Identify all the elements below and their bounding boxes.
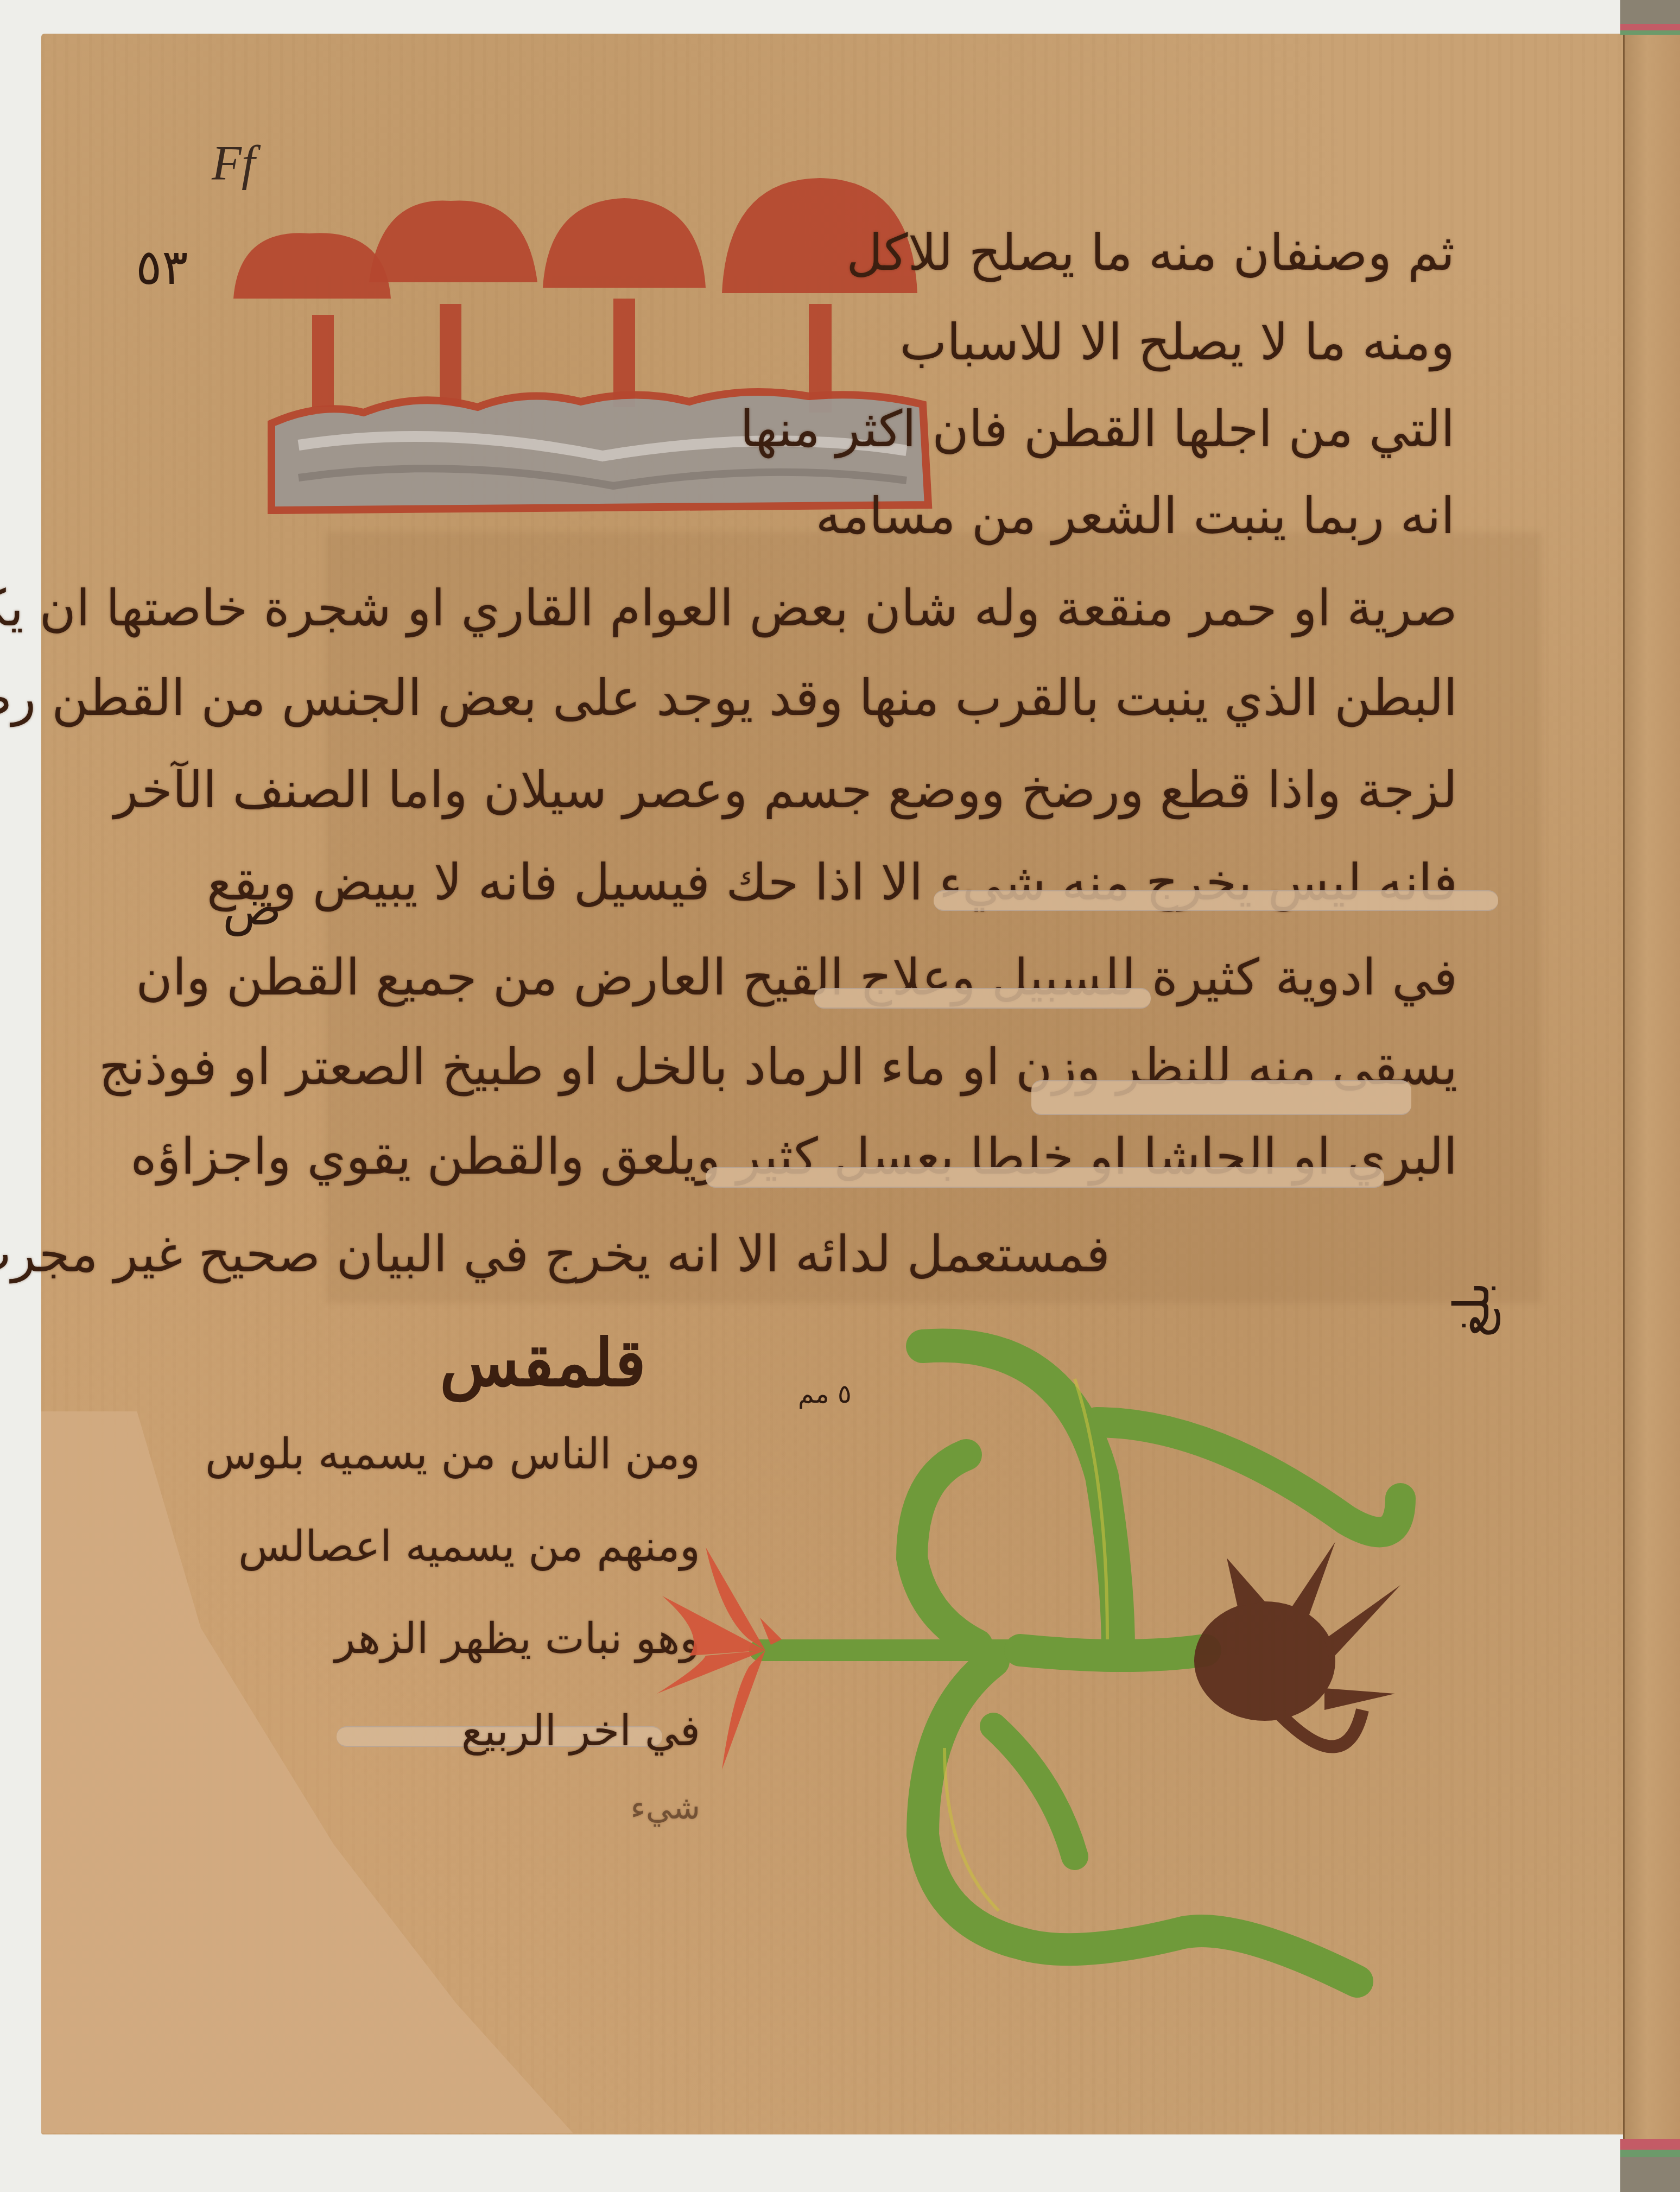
paper-tear (814, 988, 1151, 1009)
headband-bottom (1620, 2139, 1680, 2192)
plant-illustration (641, 1314, 1487, 2019)
text-line: ومن الناس من يسميه بلوس (255, 1433, 700, 1475)
text-line: انه ربما ينبت الشعر من مسامه (885, 491, 1455, 541)
text-line: صرية او حمر منقعة وله شان بعض العوام الق… (231, 584, 1457, 633)
section-heading: قلمقس (440, 1325, 646, 1401)
folio-number: ٥٣ (136, 239, 188, 296)
brown-flower-icon (1194, 1542, 1400, 1747)
paper-tear (1031, 1080, 1411, 1115)
text-line: فمستعمل لدائه الا انه يخرج في البيان صحي… (296, 1230, 1110, 1279)
text-line: البطن الذي ينبت بالقرب منها وقد يوجد على… (231, 673, 1457, 723)
text-line: ثم وصنفان منه ما يصلح للاكل (885, 228, 1455, 278)
paper-tear (934, 890, 1498, 911)
tree-icon (369, 200, 537, 407)
tree-icon (722, 178, 917, 413)
tree-icon (233, 233, 391, 407)
adjacent-leaf-edge (1623, 22, 1680, 2139)
text-line: ومنهم من يسميه اعصالس (255, 1525, 700, 1568)
paper-tear (706, 1167, 1384, 1188)
text-line: ومنه ما لا يصلح الا للاسباب (885, 318, 1455, 368)
headband-top (1620, 0, 1680, 43)
trees-illustration (223, 174, 939, 521)
tree-icon (543, 198, 706, 407)
text-line: لزجة واذا قطع ورضخ ووضع جسم وعصر سيلان و… (231, 765, 1457, 815)
text-line: التي من اجلها القطن فان اكثر منها (885, 404, 1455, 454)
